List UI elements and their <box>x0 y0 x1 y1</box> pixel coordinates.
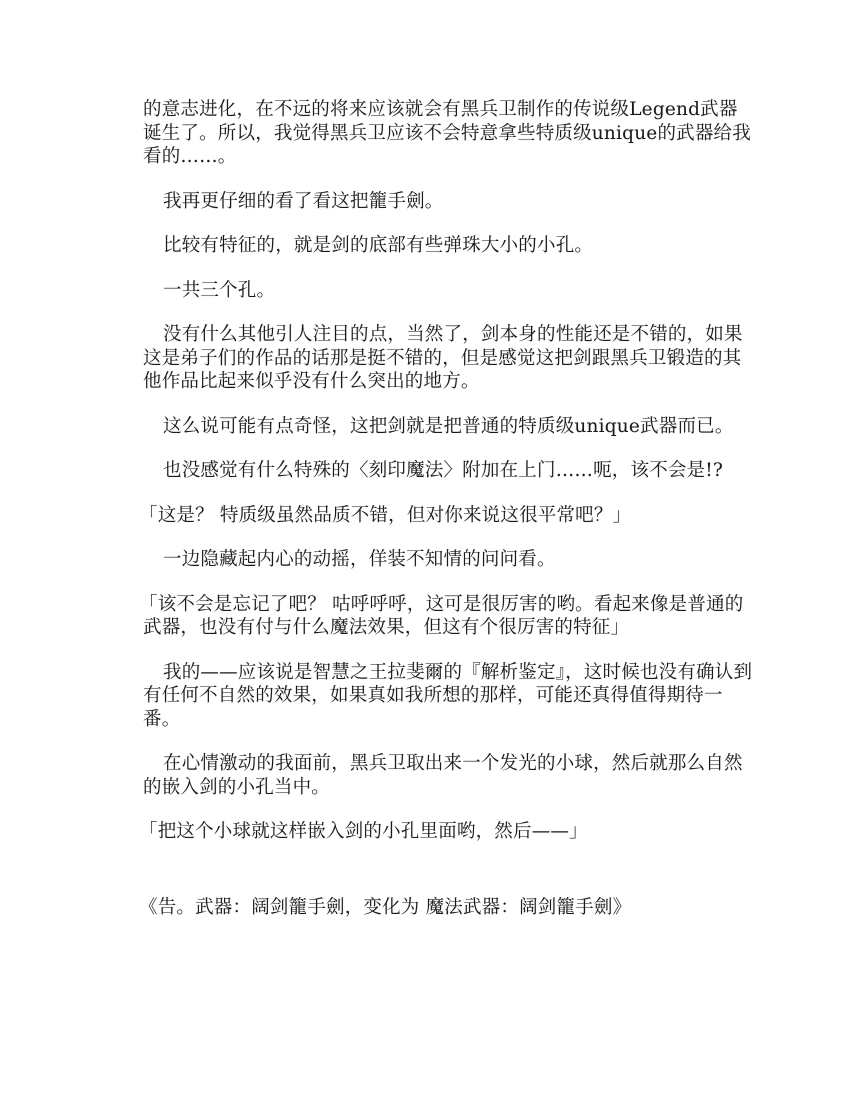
paragraph-narration: 没有什么其他引人注目的点，当然了，剑本身的性能还是不错的，如果这是弟子们的作品的… <box>143 323 753 394</box>
paragraph-continuation: 的意志进化，在不远的将来应该就会有黑兵卫制作的传说级Legend武器诞生了。所以… <box>143 98 753 169</box>
paragraph-narration: 一边隐藏起内心的动摇，佯装不知情的问问看。 <box>143 548 753 572</box>
paragraph-narration: 这么说可能有点奇怪，这把剑就是把普通的特质级unique武器而已。 <box>143 415 753 439</box>
paragraph-narration: 我的——应该说是智慧之王拉斐爾的『解析鉴定』，这时候也没有确认到有任何不自然的效… <box>143 661 753 732</box>
paragraph-narration: 一共三个孔。 <box>143 279 753 303</box>
paragraph-narration: 也没感觉有什么特殊的〈刻印魔法〉附加在上门……呃，该不会是!? <box>143 459 753 483</box>
paragraph-narration: 在心情激动的我面前，黑兵卫取出来一个发光的小球，然后就那么自然的嵌入剑的小孔当中… <box>143 752 753 799</box>
paragraph-system-message: 《告。武器：阔剑籠手劍，变化为 魔法武器：阔剑籠手劍》 <box>143 896 753 920</box>
paragraph-dialog: 「把这个小球就这样嵌入剑的小孔里面哟，然后——」 <box>143 820 753 844</box>
paragraph-narration: 我再更仔细的看了看这把籠手劍。 <box>143 190 753 214</box>
paragraph-dialog: 「这是？ 特质级虽然品质不错，但对你来说这很平常吧？」 <box>143 504 753 528</box>
paragraph-narration: 比较有特征的，就是剑的底部有些弹珠大小的小孔。 <box>143 234 753 258</box>
paragraph-dialog: 「该不会是忘记了吧？ 咕呼呼呼，这可是很厉害的哟。看起来像是普通的武器，也没有付… <box>143 593 753 640</box>
document-page: 的意志进化，在不远的将来应该就会有黑兵卫制作的传说级Legend武器诞生了。所以… <box>143 98 753 940</box>
